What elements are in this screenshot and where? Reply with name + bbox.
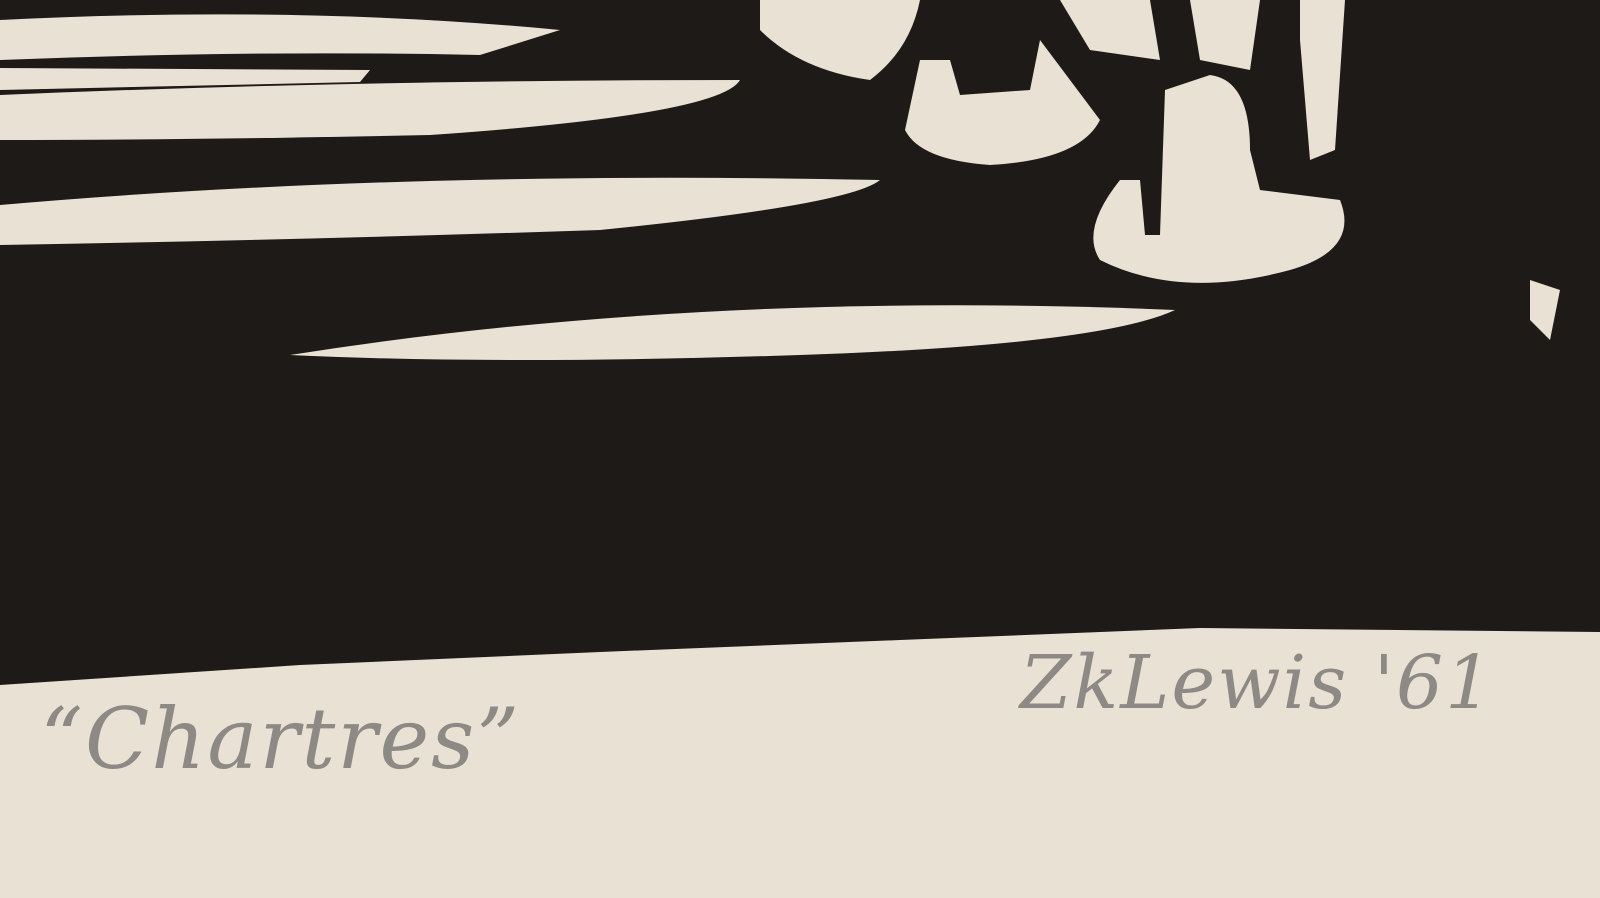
artwork-title-inscription: “Chartres”: [40, 690, 521, 788]
woodcut-image: [0, 0, 1600, 690]
artist-signature: ZkLewis '61: [1020, 640, 1494, 726]
